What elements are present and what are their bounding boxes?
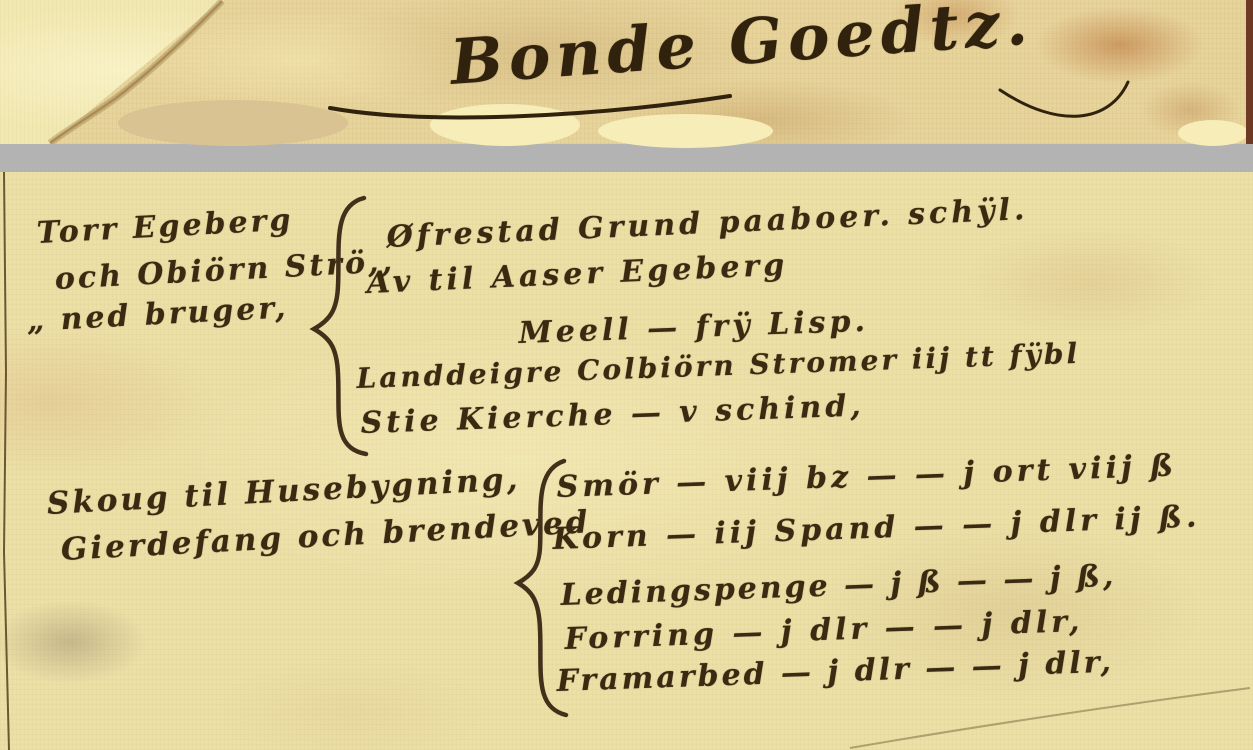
- manuscript-scan: Bonde Goedtz. Torr Egeberg och Obiörn St…: [0, 0, 1253, 750]
- backing-blob: [118, 100, 348, 146]
- left-paper-edge: [0, 172, 20, 750]
- title-strip-fragment: Bonde Goedtz.: [0, 0, 1253, 144]
- backing-blob: [1178, 120, 1248, 146]
- backing-blob: [598, 114, 773, 148]
- backing-blob: [430, 104, 580, 146]
- scan-right-edge: [1246, 0, 1253, 144]
